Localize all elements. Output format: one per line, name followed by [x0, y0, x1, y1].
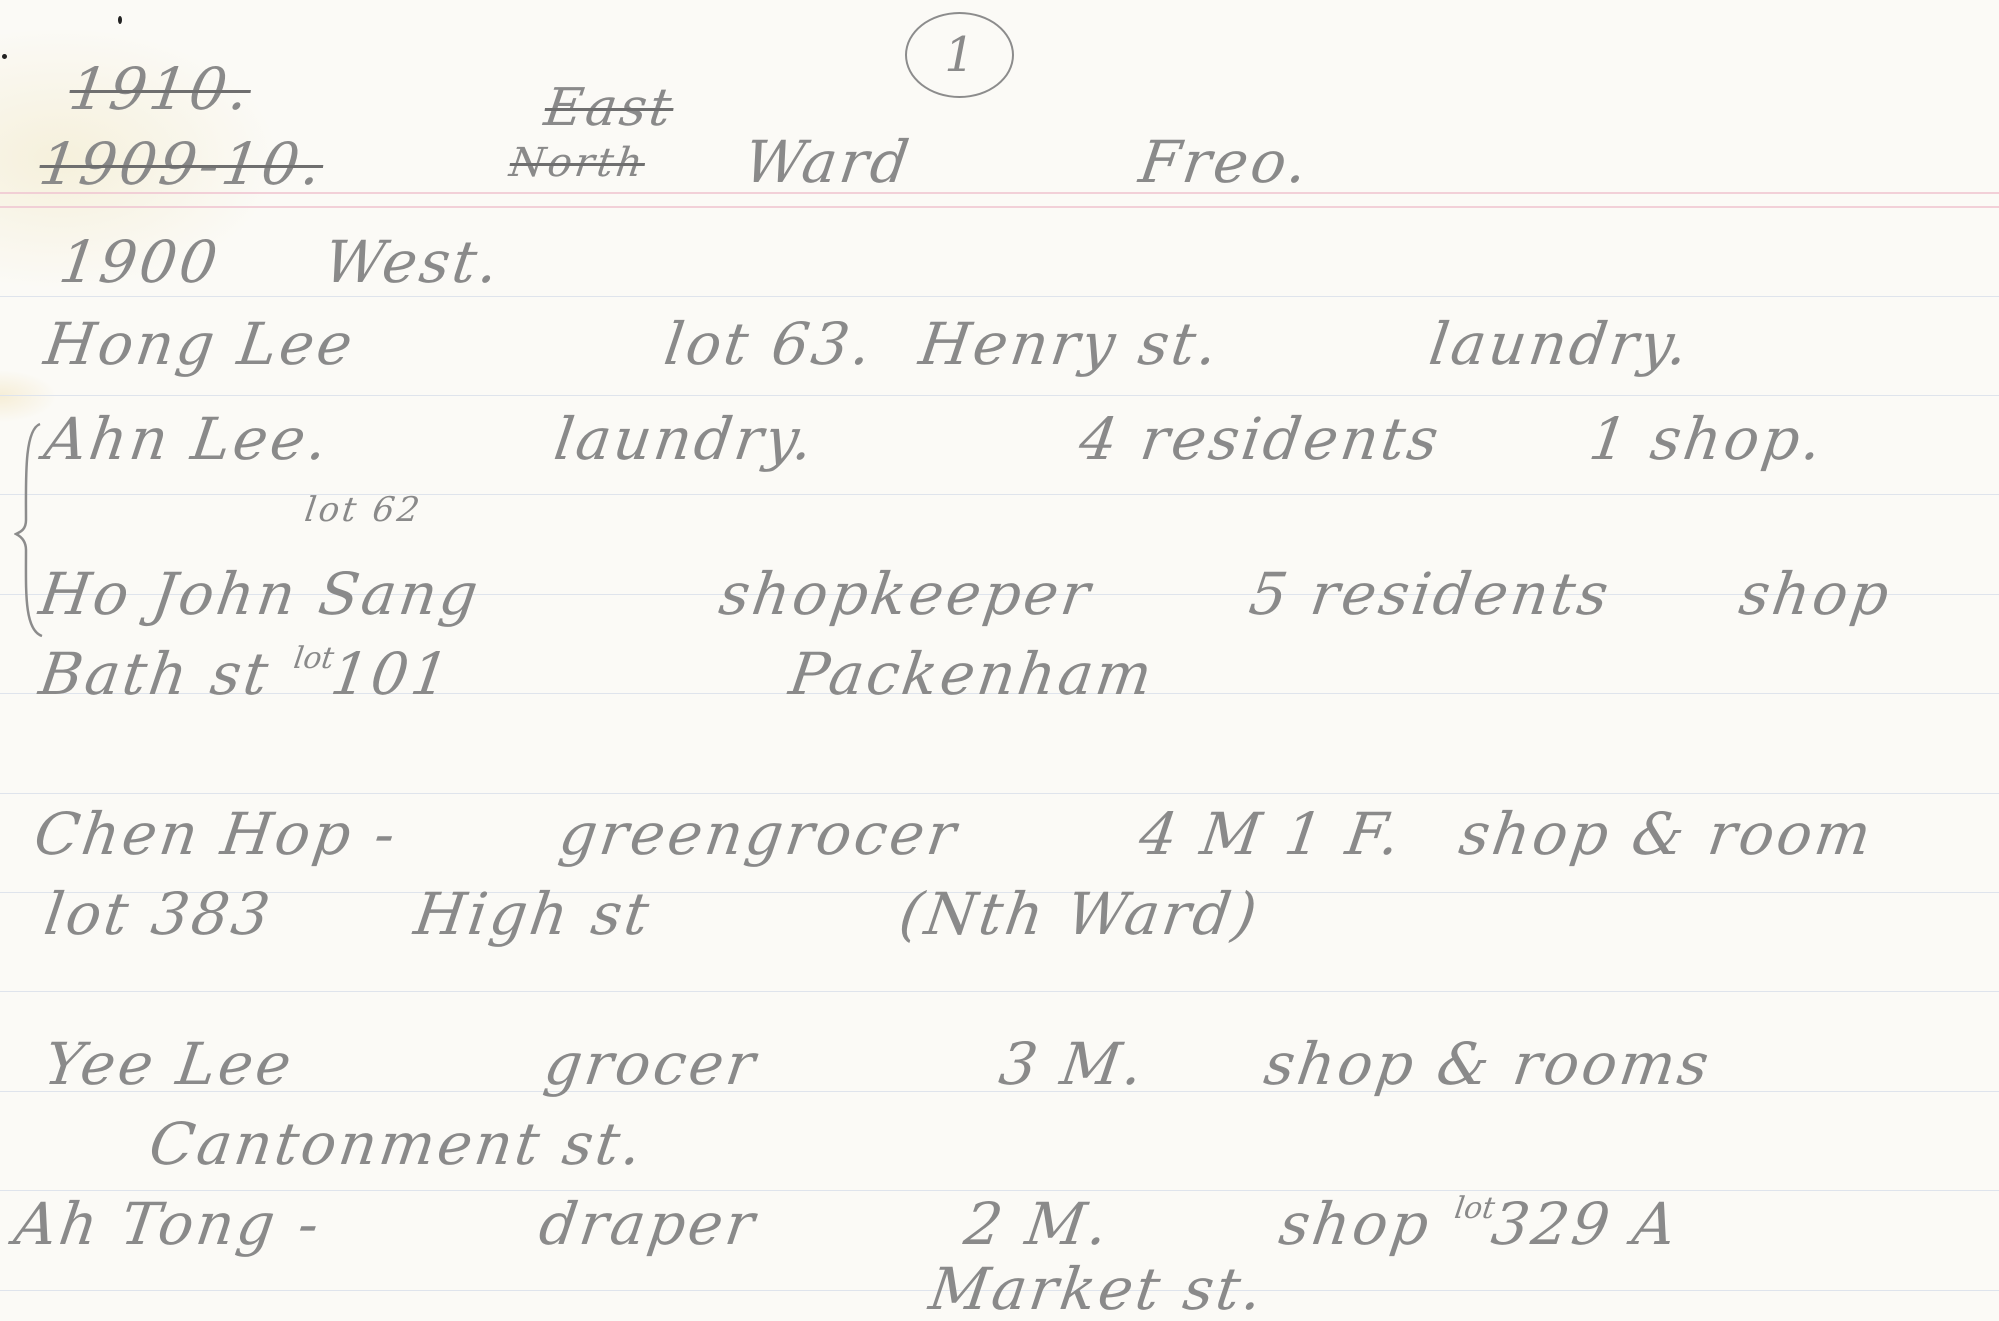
ruled-line [0, 296, 1999, 297]
page-number-circle: 1 [905, 12, 1014, 98]
entry-lot-label: lot [292, 641, 337, 676]
entry-address: Henry st. [915, 310, 1224, 378]
ruled-line [0, 494, 1999, 495]
entry-name: Ho John Sang [35, 560, 485, 628]
entry-occupation: greengrocer [555, 800, 963, 868]
entry-premises: shop & rooms [1260, 1030, 1716, 1098]
entry-name: Ah Tong - [10, 1190, 326, 1258]
entry-name: Yee Lee [40, 1030, 298, 1098]
header-ward-struck-top: East [541, 78, 678, 138]
entry-premises: shop & room [1455, 800, 1878, 868]
entry-premises: shop [1735, 560, 1896, 628]
header-rule-bottom [0, 206, 1999, 208]
ruled-line [0, 991, 1999, 992]
entry-line2: Bath st lot101 [35, 640, 456, 708]
entry-occupation: laundry. [550, 405, 820, 473]
entry-premises: shop [1275, 1190, 1436, 1258]
entry-name: Hong Lee [40, 310, 359, 378]
entry-residents: 4 residents [1075, 405, 1445, 473]
entry-lot: lot 383 [40, 880, 276, 948]
entry-address: Market st. [925, 1255, 1269, 1321]
header-town: Freo. [1135, 128, 1314, 196]
entry-premises-lot: shop lot329 A [1275, 1190, 1683, 1258]
entry-lot: lot 63. [660, 310, 878, 378]
entry-occupation: shopkeeper [715, 560, 1097, 628]
subheader-ward: West. [320, 228, 505, 296]
entry-residents: 3 M. [995, 1030, 1150, 1098]
subheader-year: 1900 [55, 228, 224, 296]
ruled-line [0, 395, 1999, 396]
ruled-line [0, 793, 1999, 794]
entry-lot: 101 [327, 640, 456, 708]
entry-annotation: lot 62 [302, 490, 425, 530]
page-number: 1 [944, 27, 975, 83]
entry-occupation: laundry. [1425, 310, 1695, 378]
ink-speck [2, 54, 7, 59]
entry-name: Ahn Lee. [40, 405, 334, 473]
entry-lot: 329 A [1488, 1190, 1684, 1258]
header-year-range-struck: 1909-10. [35, 130, 328, 198]
header-year-struck: 1910. [65, 55, 256, 123]
entry-name: Chen Hop - [30, 800, 402, 868]
entry-residents: 4 M 1 F. [1135, 800, 1407, 868]
entry-occupation: grocer [540, 1030, 762, 1098]
header-rule-top [0, 192, 1999, 194]
entry-residents: 5 residents [1245, 560, 1615, 628]
entry-note: (Nth Ward) [895, 880, 1264, 948]
entry-occupation: draper [535, 1190, 761, 1258]
entry-locality: Packenham [785, 640, 1159, 708]
entry-address: Cantonment st. [145, 1110, 648, 1178]
header-ward-label: Ward [740, 128, 916, 196]
entry-lot-label: lot [1452, 1191, 1497, 1226]
header-ward-struck-bottom: North [507, 140, 649, 186]
ink-speck [118, 16, 122, 24]
entry-street: Bath st [35, 640, 275, 708]
index-card: 1 1910. 1909-10. East North Ward Freo. 1… [0, 0, 1999, 1321]
entry-residents: 2 M. [960, 1190, 1115, 1258]
entry-premises: 1 shop. [1585, 405, 1829, 473]
entry-address: High st [410, 880, 656, 948]
